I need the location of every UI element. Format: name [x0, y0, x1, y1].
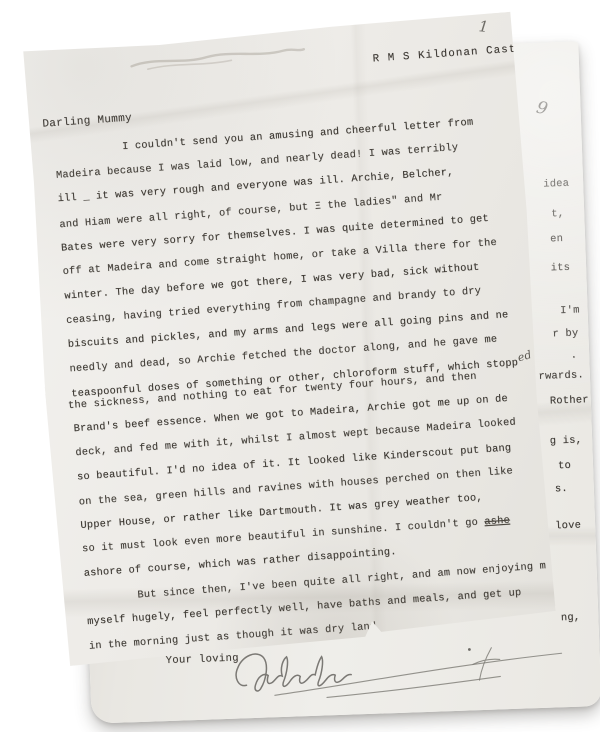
page2-text-fragment: g is,: [550, 434, 583, 447]
signature-agatha: [229, 636, 571, 714]
page2-text-fragment: its: [550, 262, 570, 275]
page2-handwritten-number: 9: [534, 98, 549, 120]
letter-scan-background: 9 idea t, en its I'm r by . rwards. Roth…: [0, 0, 600, 732]
page2-text-fragment: idea: [543, 178, 569, 191]
struck-word: ashe: [484, 515, 510, 529]
page2-text-fragment: t,: [551, 208, 564, 220]
signature-handwriting-svg: [229, 636, 571, 714]
page2-text-fragment: en: [550, 233, 563, 245]
letter-page-1: 1 R M S Kildonan Castle Darling Mummy I …: [21, 12, 557, 667]
page2-text-fragment: love: [555, 520, 581, 533]
signature-flourish-2: [326, 676, 500, 697]
page2-text-fragment: to: [558, 460, 571, 472]
page1-handwritten-number: 1: [478, 17, 489, 36]
page2-text-fragment: I'm: [560, 304, 580, 317]
signature-flourish: [274, 653, 563, 695]
page2-text-fragment: .: [571, 350, 578, 362]
letterhead-ship-name: R M S Kildonan Castle: [372, 42, 532, 65]
page2-text-fragment: r by: [552, 327, 578, 340]
page2-text-fragment: rwards.: [538, 369, 584, 383]
page2-text-fragment: ng,: [561, 612, 581, 625]
page2-text-fragment: Rother: [550, 394, 589, 407]
letter-body: I couldn't send you an amusing and cheer…: [54, 108, 551, 659]
pencil-smudge: [127, 42, 308, 75]
salutation: Darling Mummy: [42, 112, 132, 130]
page2-text-fragment: s.: [555, 483, 568, 495]
signature-pen-dot: [468, 648, 471, 651]
